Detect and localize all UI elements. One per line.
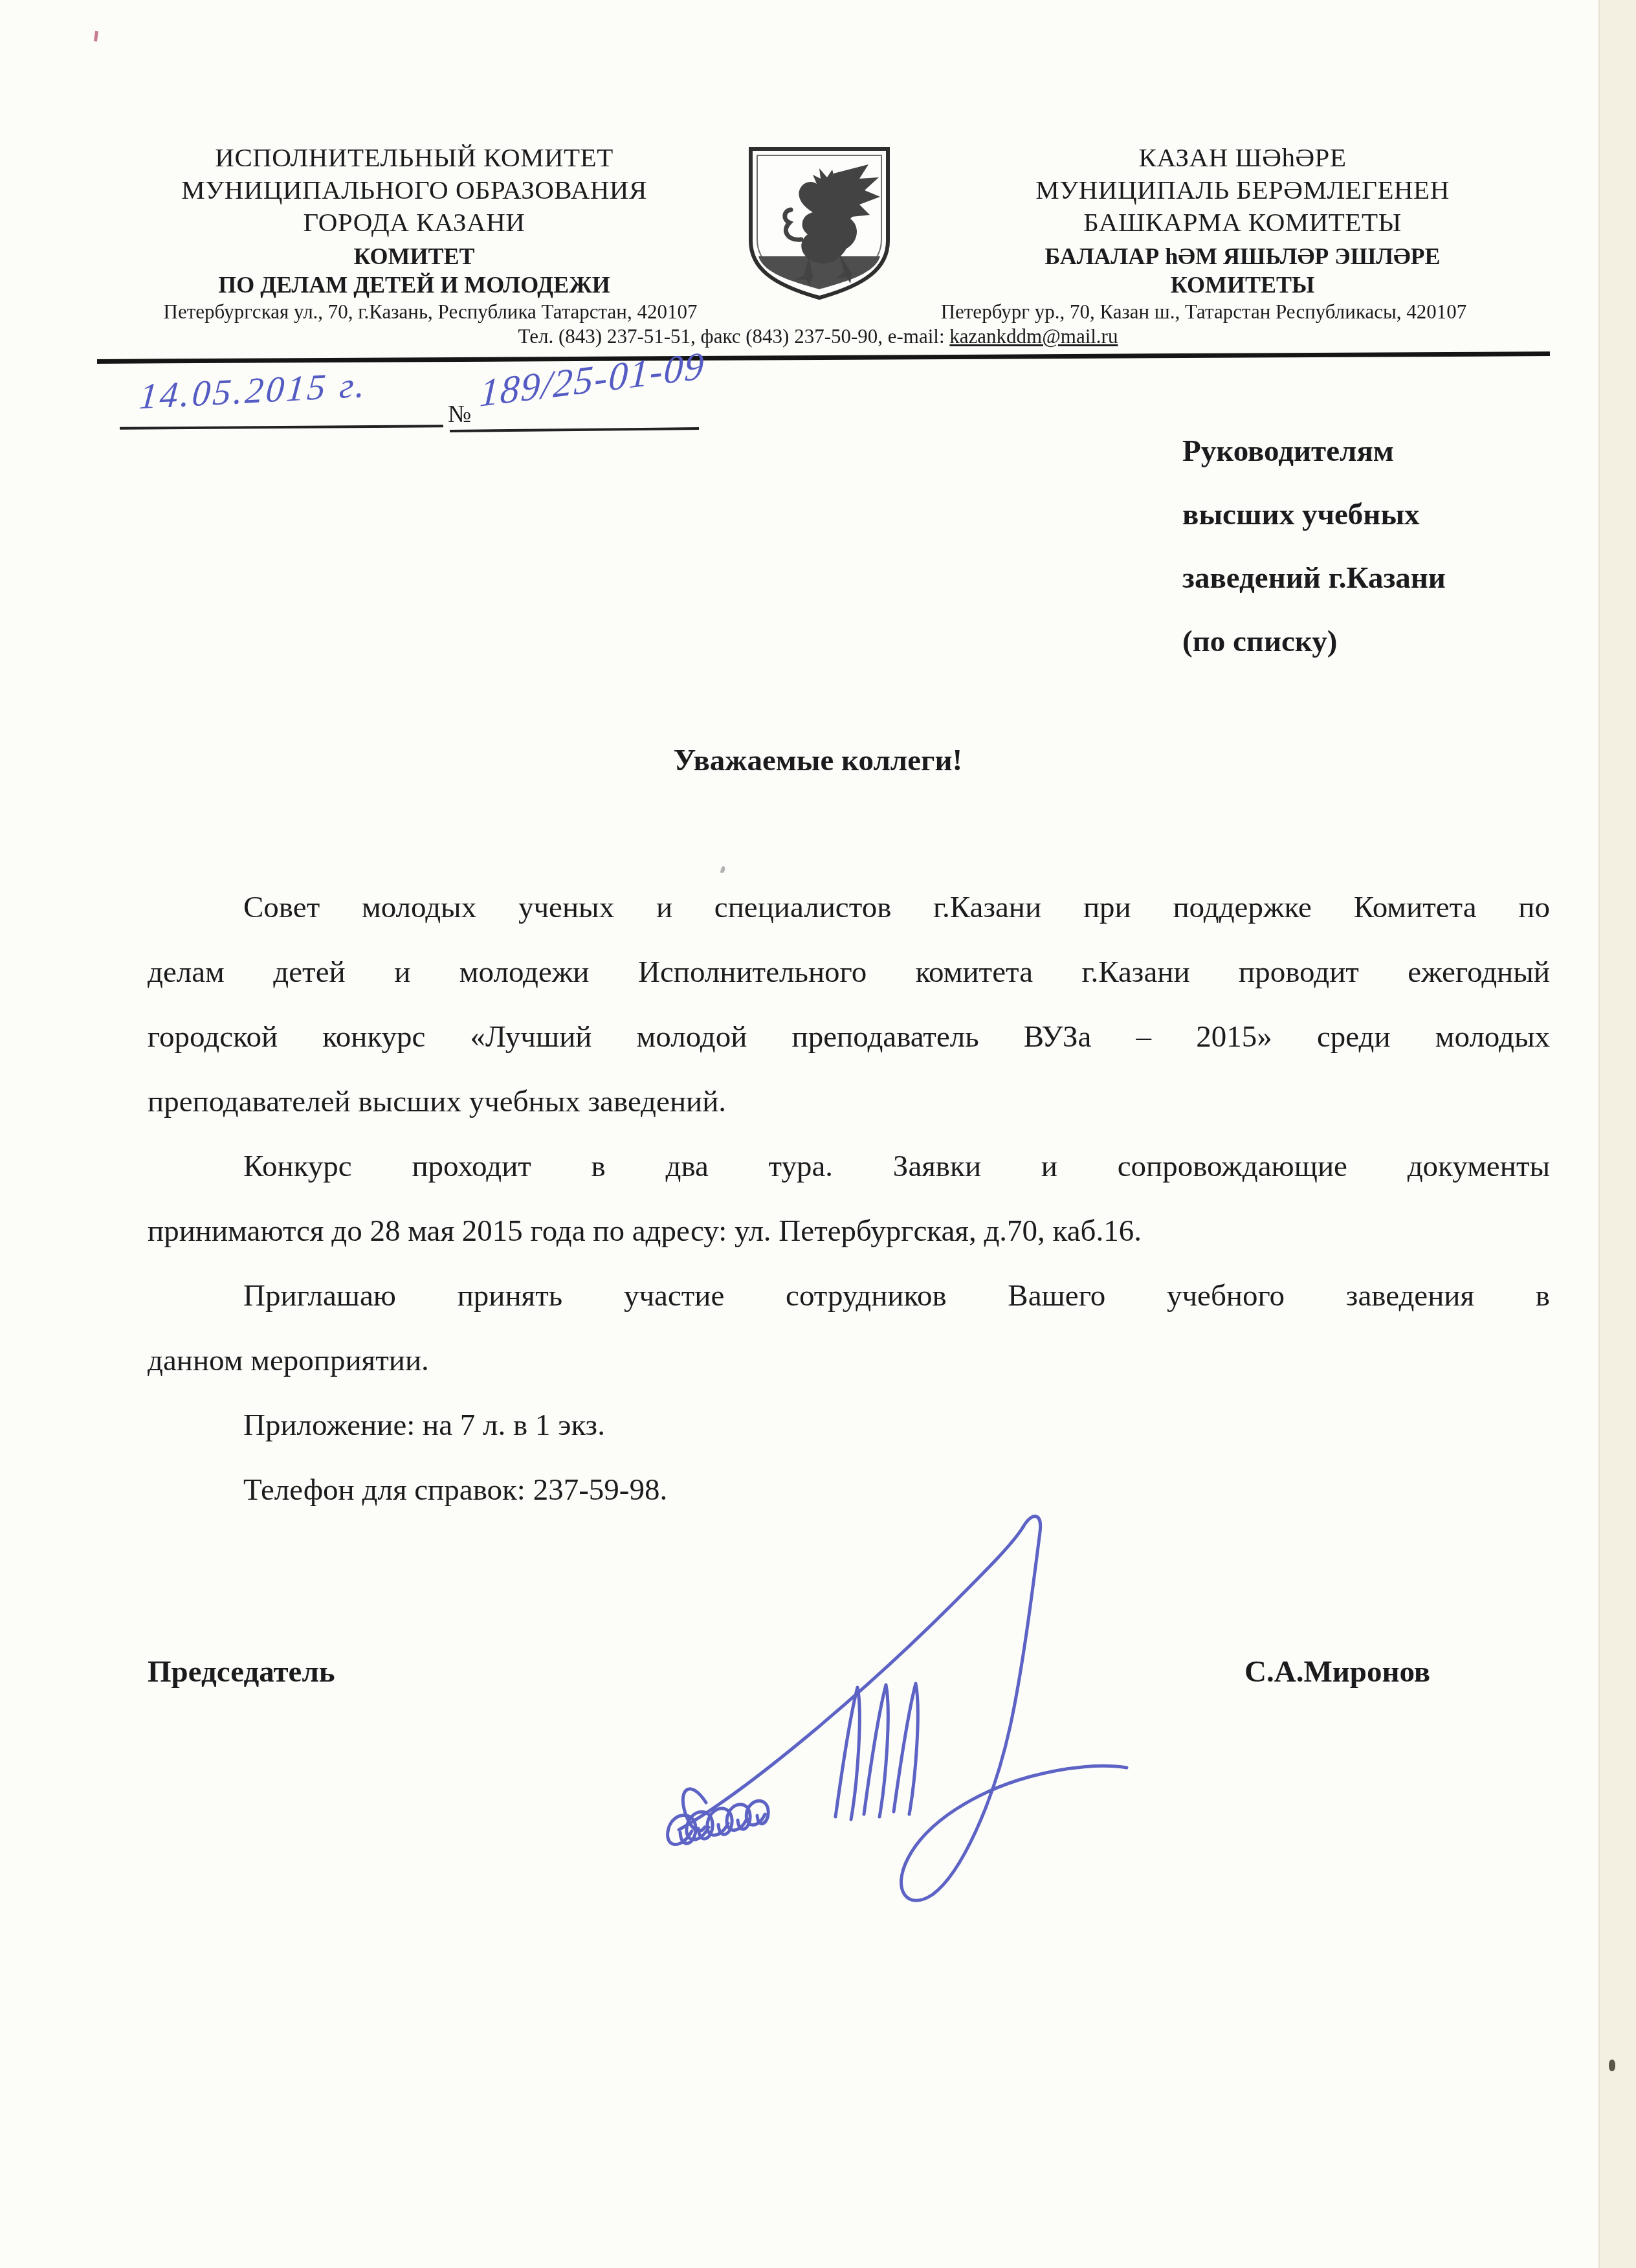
dept-name-tatar: БАЛАЛАР һӘМ ЯШЬЛӘР ЭШЛӘРЕ КОМИТЕТЫ: [925, 242, 1560, 299]
body-line: Конкурс проходит в два тура. Заявки и со…: [148, 1134, 1550, 1199]
body-line: преподавателей высших учебных заведений.: [148, 1069, 1550, 1134]
dept-line: ПО ДЕЛАМ ДЕТЕЙ И МОЛОДЕЖИ: [97, 271, 731, 299]
org-line: МУНИЦИПАЛЬНОГО ОБРАЗОВАНИЯ: [97, 173, 731, 206]
body-line: городской конкурс «Лучший молодой препод…: [148, 1005, 1550, 1069]
kazan-coat-of-arms-icon: [742, 142, 897, 303]
email-address: kazankddm@mail.ru: [949, 325, 1118, 348]
recipient-line: (по списку): [1182, 610, 1545, 673]
scan-speck: [1609, 2060, 1615, 2071]
dept-line: КОМИТЕТЫ: [925, 271, 1560, 299]
header-divider-rule: [97, 351, 1550, 364]
org-line: МУНИЦИПАЛЬ БЕРӘМЛЕГЕНЕН: [925, 173, 1560, 206]
address-tatar: Петербург ур., 70, Казан ш., Татарстан Р…: [854, 300, 1553, 324]
org-name-tatar: КАЗАН ШӘһӘРЕ МУНИЦИПАЛЬ БЕРӘМЛЕГЕНЕН БАШ…: [925, 141, 1560, 238]
dept-name-russian: КОМИТЕТ ПО ДЕЛАМ ДЕТЕЙ И МОЛОДЕЖИ: [97, 242, 731, 299]
org-line: ГОРОДА КАЗАНИ: [97, 206, 731, 238]
contact-line: Тел. (843) 237-51-51, факс (843) 237-50-…: [0, 325, 1636, 348]
handwritten-outgoing-number: 189/25-01-09: [478, 343, 706, 416]
recipient-line: высших учебных: [1182, 483, 1545, 546]
body-line: данном мероприятии.: [148, 1328, 1550, 1393]
body-line: принимаются до 28 мая 2015 года по адрес…: [148, 1199, 1550, 1263]
recipient-line: Руководителям: [1182, 419, 1545, 483]
signer-position: Председатель: [148, 1654, 335, 1689]
tel-fax-text: Тел. (843) 237-51-51, факс (843) 237-50-…: [518, 325, 950, 348]
org-line: БАШКАРМА КОМИТЕТЫ: [925, 206, 1560, 238]
recipient-line: заведений г.Казани: [1182, 546, 1545, 610]
scan-speck: [720, 865, 725, 873]
letter-body: Совет молодых ученых и специалистов г.Ка…: [148, 875, 1550, 1522]
body-line: Совет молодых ученых и специалистов г.Ка…: [148, 875, 1550, 940]
recipient-block: Руководителям высших учебных заведений г…: [1182, 419, 1545, 673]
handwritten-date: 14.05.2015 г.: [137, 364, 369, 418]
signer-name: С.А.Миронов: [1244, 1654, 1430, 1689]
org-name-russian: ИСПОЛНИТЕЛЬНЫЙ КОМИТЕТ МУНИЦИПАЛЬНОГО ОБ…: [97, 141, 731, 238]
scan-speck: [94, 31, 98, 42]
number-sign: №: [448, 400, 471, 428]
body-line: Приложение: на 7 л. в 1 экз.: [148, 1393, 1550, 1458]
address-russian: Петербургская ул., 70, г.Казань, Республ…: [84, 300, 777, 324]
number-underline: [450, 427, 699, 432]
org-line: КАЗАН ШӘһӘРЕ: [925, 141, 1560, 173]
body-line: делам детей и молодежи Исполнительного к…: [148, 940, 1550, 1005]
body-line: Приглашаю принять участие сотрудников Ва…: [148, 1263, 1550, 1328]
dept-line: БАЛАЛАР һӘМ ЯШЬЛӘР ЭШЛӘРЕ: [925, 242, 1560, 271]
date-underline: [120, 425, 443, 429]
salutation: Уважаемые коллеги!: [0, 743, 1636, 778]
dept-line: КОМИТЕТ: [97, 242, 731, 271]
org-line: ИСПОЛНИТЕЛЬНЫЙ КОМИТЕТ: [97, 141, 731, 173]
signature-autograph: [650, 1498, 1142, 1913]
